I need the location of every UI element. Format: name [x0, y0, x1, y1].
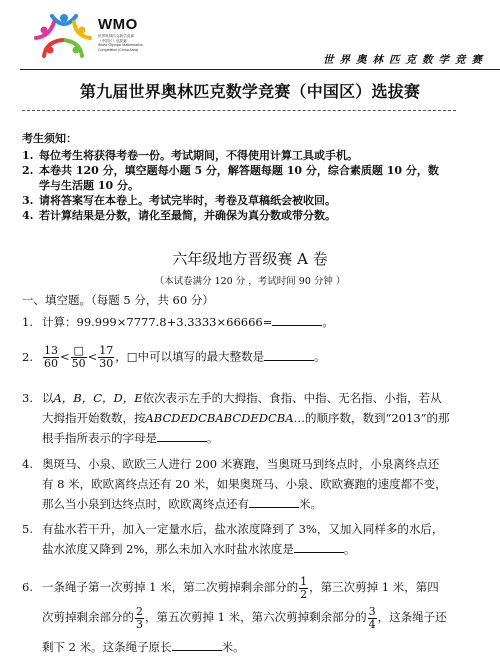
answer-blank[interactable]: [157, 429, 207, 442]
question-text: 依次表示左手的大拇指、食指、中指、无名指、小指，若从: [143, 391, 442, 405]
question-text: 计算：99.999×7777.8+3.3333×66666=: [42, 315, 272, 329]
question-text: 盐水浓度又降到 2%，那么未加入水时盐水浓度是: [42, 542, 294, 556]
fraction: 1730: [98, 345, 114, 370]
notice-text: 请将答案写在本卷上。考试完毕时，考卷及草稿纸会被收回。: [39, 194, 336, 207]
question-text: ，第三次剪掉 1 米，第四: [309, 580, 439, 594]
letters: A，B，C，D，E: [54, 391, 143, 405]
fraction: 12: [299, 576, 308, 601]
answer-blank[interactable]: [172, 638, 222, 651]
question-text: 那么当小泉到达终点时，欧欧离终点还有: [42, 497, 249, 511]
header-slogan: 世界奥林匹克数学竞赛: [323, 52, 488, 67]
letter-sequence: ABCDEDCBABCDEDCBA: [146, 411, 294, 425]
numerator: 1: [299, 576, 308, 589]
fraction: 1360: [43, 345, 59, 370]
punct: 。: [322, 315, 334, 329]
punct: 。: [344, 542, 356, 556]
wmo-logo: WMO 世界奥林匹克数学竞赛 （中国区）选拔赛 World Olympic Ma…: [34, 10, 154, 58]
notice-text: 若计算结果是分数，请化至最简，并确保为真分数或带分数。: [39, 209, 336, 222]
question-4: 4.奥斑马、小泉、欧欧三人进行 200 米赛跑，当奥斑马到终点时，小泉离终点还 …: [22, 454, 492, 514]
fraction: 34: [368, 606, 377, 631]
question-text: ，□中可以填写的最大整数是: [115, 350, 264, 364]
answer-blank[interactable]: [294, 540, 344, 553]
denominator: 3: [135, 619, 144, 631]
less-than: <: [88, 350, 98, 364]
question-number: 1.: [22, 312, 42, 332]
question-text: 有 8 米，欧欧离终点还有 20 米，如果奥斑马、小泉、欧欧赛跑的速度都不变，: [22, 474, 492, 494]
question-6: 6.一条绳子第一次剪掉 1 米，第二次剪掉剩余部分的12，第三次剪掉 1 米，第…: [22, 572, 492, 662]
notice-heading: 考生须知：: [22, 130, 77, 146]
question-text: 剩下 2 米。这条绳子原长: [42, 640, 172, 654]
question-2: 2.1360<□50<1730，□中可以填写的最大整数是。: [22, 345, 492, 370]
answer-blank[interactable]: [264, 348, 314, 361]
header-divider: [20, 69, 500, 70]
notice-text: 每位考生将获得考卷一份。考试期间，不得使用计算工具或手机。: [39, 149, 358, 162]
question-text: ，这条绳子还: [378, 610, 447, 624]
question-1: 1.计算：99.999×7777.8+3.3333×66666=。: [22, 312, 492, 332]
denominator: 30: [98, 358, 114, 370]
question-text: 根手指所表示的字母是: [42, 431, 157, 445]
paper-subtitle: （本试卷满分 120 分 ，考试时间 90 分钟 ）: [0, 273, 500, 287]
notice-item: 1.每位考生将获得考卷一份。考试期间，不得使用计算工具或手机。: [22, 148, 482, 163]
question-text: 大拇指开始数数，按: [42, 411, 146, 425]
answer-blank[interactable]: [272, 313, 322, 326]
question-number: 5.: [22, 519, 42, 539]
less-than: <: [60, 350, 70, 364]
wmo-figures-icon: [34, 10, 94, 58]
question-text: …的顺序数，数到“2013”的那: [294, 411, 450, 425]
question-number: 4.: [22, 454, 42, 474]
denominator: 50: [71, 358, 87, 370]
question-text: 奥斑马、小泉、欧欧三人进行 200 米赛跑，当奥斑马到终点时，小泉离终点还: [42, 457, 439, 471]
question-number: 2.: [22, 347, 42, 367]
part-heading: 一、填空题。（每题 5 分，共 60 分）: [22, 292, 214, 308]
question-text: 以: [42, 391, 54, 405]
wmo-name: WMO: [98, 16, 138, 33]
paper-title: 六年级地方晋级赛 A 卷: [0, 248, 500, 269]
punct: 。: [207, 431, 219, 445]
denominator: 4: [368, 619, 377, 631]
punct: 。: [314, 350, 326, 364]
denominator: 2: [299, 589, 308, 601]
unit: 米。: [299, 497, 322, 511]
question-text: 次剪掉剩余部分的: [42, 610, 134, 624]
page-title: 第九届世界奥林匹克数学竞赛（中国区）选拔赛: [0, 79, 500, 102]
notice-text-cont: 学与生活题 10 分。: [22, 178, 482, 193]
notice-number: 4.: [22, 208, 39, 223]
notice-item: 4.若计算结果是分数，请化至最简，并确保为真分数或带分数。: [22, 208, 482, 223]
question-number: 6.: [22, 572, 42, 602]
notice-item: 3.请将答案写在本卷上。考试完毕时，考卷及草稿纸会被收回。: [22, 193, 482, 208]
notice-text: 本卷共 120 分，填空题每小题 5 分，解答题每题 10 分，综合素质题 10…: [39, 164, 439, 177]
unit: 米。: [222, 640, 245, 654]
numerator: 2: [135, 606, 144, 619]
wmo-subtitle: Competition (China Area): [98, 48, 138, 52]
numerator: 3: [368, 606, 377, 619]
notice-number: 1.: [22, 148, 39, 163]
question-text: 一条绳子第一次剪掉 1 米，第二次剪掉剩余部分的: [42, 580, 298, 594]
notice-number: 3.: [22, 193, 39, 208]
question-5: 5.有盐水若干升，加入一定量水后，盐水浓度降到了 3%，又加入同样多的水后， 盐…: [22, 519, 492, 559]
fraction: 23: [135, 606, 144, 631]
denominator: 60: [43, 358, 59, 370]
question-3: 3.以A，B，C，D，E依次表示左手的大拇指、食指、中指、无名指、小指，若从 大…: [22, 388, 492, 448]
question-number: 3.: [22, 388, 42, 408]
notice-number: 2.: [22, 163, 39, 178]
question-text: 有盐水若干升，加入一定量水后，盐水浓度降到了 3%，又加入同样多的水后，: [42, 522, 443, 536]
answer-blank[interactable]: [249, 495, 299, 508]
question-text: ，第五次剪掉 1 米，第六次剪掉剩余部分的: [145, 610, 367, 624]
fraction: □50: [71, 345, 87, 370]
notice-item: 2.本卷共 120 分，填空题每小题 5 分，解答题每题 10 分，综合素质题 …: [22, 163, 482, 193]
dashed-divider: [22, 110, 456, 111]
